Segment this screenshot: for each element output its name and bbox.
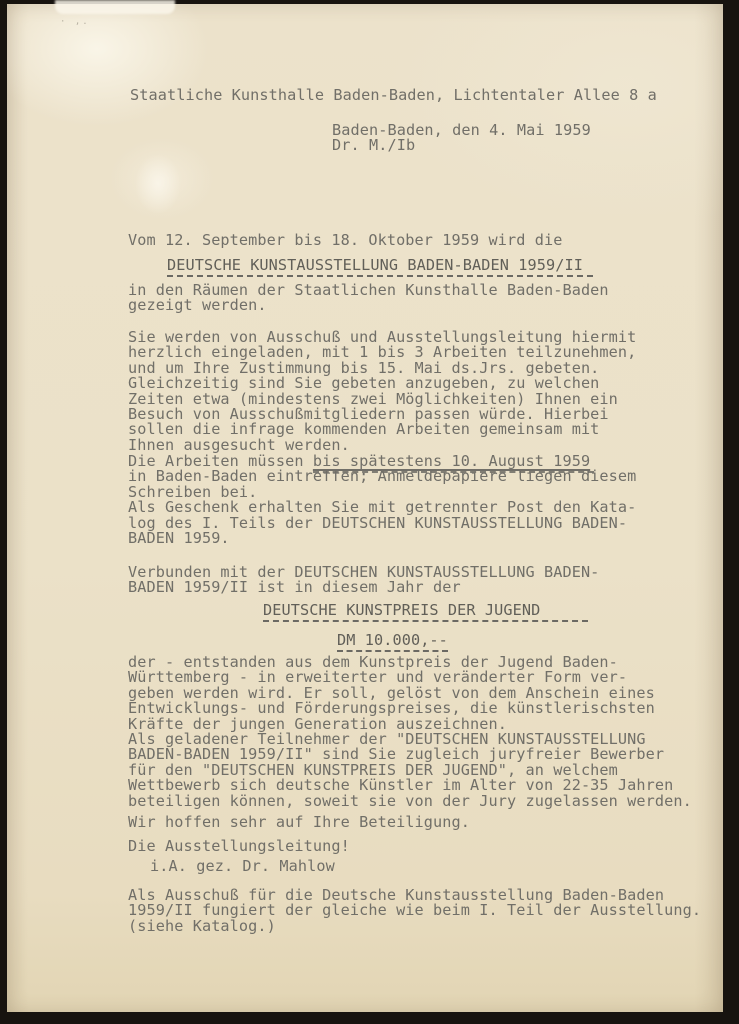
pencil-mark: · ‚. <box>60 17 90 27</box>
intro-continued: in den Räumen der Staatlichen Kunsthalle… <box>128 283 609 314</box>
postscript-paragraph: Als Ausschuß für die Deutsche Kunstausst… <box>128 888 701 934</box>
closing-hope-line: Wir hoffen sehr auf Ihre Beteiligung. <box>128 815 470 830</box>
prize-amount: DM 10.000,-- <box>337 630 448 652</box>
exhibition-title: DEUTSCHE KUNSTAUSSTELLUNG BADEN-BADEN 19… <box>167 255 593 277</box>
deadline-dashed-underline <box>313 471 594 473</box>
closing-org-line: Die Ausstellungsleitung! <box>128 839 350 854</box>
scanned-document-screenshot: { "scan": { "border_color": "#17130f", "… <box>0 0 739 1024</box>
signature-line: i.A. gez. Dr. Mahlow <box>150 859 335 874</box>
paper-stain <box>135 154 181 214</box>
prize-details-paragraph: der - entstanden aus dem Kunstpreis der … <box>128 655 692 809</box>
intro-line: Vom 12. September bis 18. Oktober 1959 w… <box>128 233 562 248</box>
linkage-paragraph: Verbunden mit der DEUTSCHEN KUNSTAUSSTEL… <box>128 565 599 596</box>
reference-line: Dr. M./Ib <box>332 138 591 153</box>
deadline-paragraph: Die Arbeiten müssen bis spätestens 10. A… <box>128 454 636 546</box>
letter-page: · ‚. Staatliche Kunsthalle Baden-Baden, … <box>7 4 723 1012</box>
tape-patch <box>55 0 175 14</box>
sender-line: Staatliche Kunsthalle Baden-Baden, Licht… <box>130 88 657 103</box>
invitation-paragraph: Sie werden von Ausschuß und Ausstellungs… <box>128 330 636 453</box>
prize-title: DEUTSCHE KUNSTPREIS DER JUGEND <box>263 600 588 622</box>
dateline-block: Baden-Baden, den 4. Mai 1959 Dr. M./Ib <box>332 123 591 154</box>
